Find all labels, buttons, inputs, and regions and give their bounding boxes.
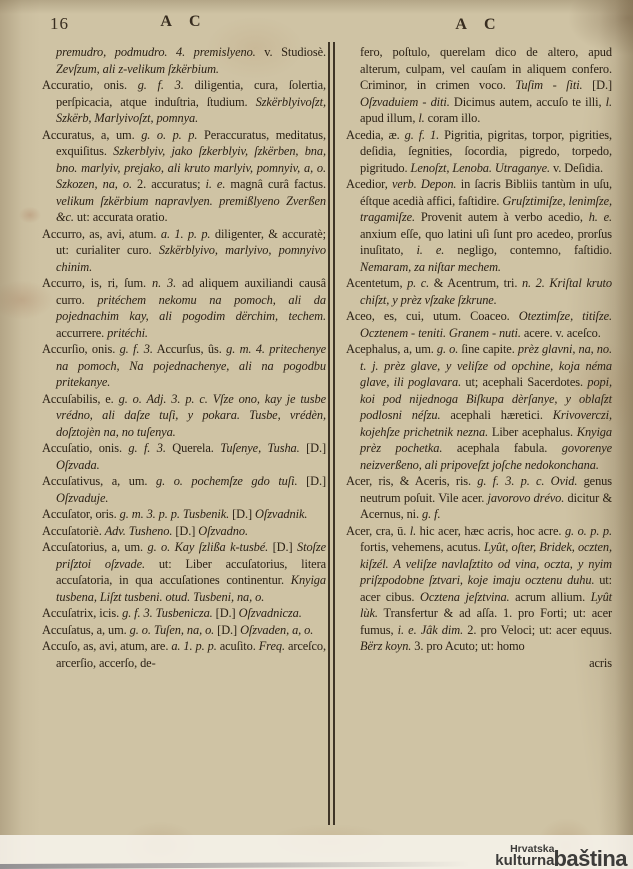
left-text-column: premudro, podmudro. 4. premislyeno. v. S… — [42, 44, 326, 671]
book-page-scan: 16 A C A C premudro, podmudro. 4. premis… — [0, 0, 633, 869]
running-head-right: A C — [346, 16, 612, 34]
entry-paragraph: Acedior, verb. Depon. in ſacris Bibliis … — [346, 176, 612, 275]
entry-paragraph: Accuſabilis, e. g. o. Adj. 3. p. c. Vſze… — [42, 391, 326, 441]
entry-paragraph: Accurſio, onis. g. f. 3. Accurſus, ûs. g… — [42, 341, 326, 391]
entry-paragraph: Acer, cra, ū. l. hic acer, hæc acris, ho… — [346, 523, 612, 655]
entry-paragraph: Accuſator, oris. g. m. 3. p. p. Tusbenik… — [42, 506, 326, 523]
column-divider-rule — [328, 42, 335, 825]
watermark-stack: Hrvatska kulturna — [495, 844, 554, 867]
entry-paragraph: Acer, ris, & Aceris, ris. g. f. 3. p. c.… — [346, 473, 612, 523]
running-head-left: A C — [42, 13, 326, 31]
watermark-kulturna: kulturna — [495, 854, 554, 867]
entry-paragraph: Accuſativus, a, um. g. o. pochemſze gdo … — [42, 473, 326, 506]
entry-paragraph: fero, poſtulo, querelam dico de altero, … — [346, 44, 612, 127]
entry-paragraph: Accuſatrix, icis. g. f. 3. Tusbenicza. [… — [42, 605, 326, 622]
entry-paragraph: Accuſo, as, avi, atum, are. a. 1. p. p. … — [42, 638, 326, 671]
entry-paragraph: Acentetum, p. c. & Acentrum, tri. n. 2. … — [346, 275, 612, 308]
entry-paragraph: premudro, podmudro. 4. premislyeno. v. S… — [42, 44, 326, 77]
entry-paragraph: Acephalus, a, um. g. o. ſine capite. prè… — [346, 341, 612, 473]
entry-paragraph: Accurro, is, ri, ſum. n. 3. ad aliquem a… — [42, 275, 326, 341]
entry-paragraph: Aceo, es, cui, utum. Coaceo. Oteztimſze,… — [346, 308, 612, 341]
right-text-column: fero, poſtulo, querelam dico de altero, … — [346, 44, 612, 671]
entry-paragraph: Acedia, æ. g. f. 1. Pigritia, pigritas, … — [346, 127, 612, 177]
entry-paragraph: Accuſatus, a, um. g. o. Tuſen, na, o. [D… — [42, 622, 326, 639]
entry-paragraph: Accuſatorius, a, um. g. o. Kay ſzlißa k-… — [42, 539, 326, 605]
entry-paragraph: Accuſatio, onis. g. f. 3. Querela. Tuſen… — [42, 440, 326, 473]
entry-paragraph: Accuratio, onis. g. f. 3. diligentia, cu… — [42, 77, 326, 127]
entry-paragraph: Accuratus, a, um. g. o. p. p. Peraccurat… — [42, 127, 326, 226]
entry-paragraph: acris — [346, 655, 612, 672]
entry-paragraph: Accuſatoriè. Adv. Tusheno. [D.] Oſzvadno… — [42, 523, 326, 540]
entry-paragraph: Accurro, as, avi, atum. a. 1. p. p. dili… — [42, 226, 326, 276]
watermark-bastina: baština — [553, 850, 627, 867]
